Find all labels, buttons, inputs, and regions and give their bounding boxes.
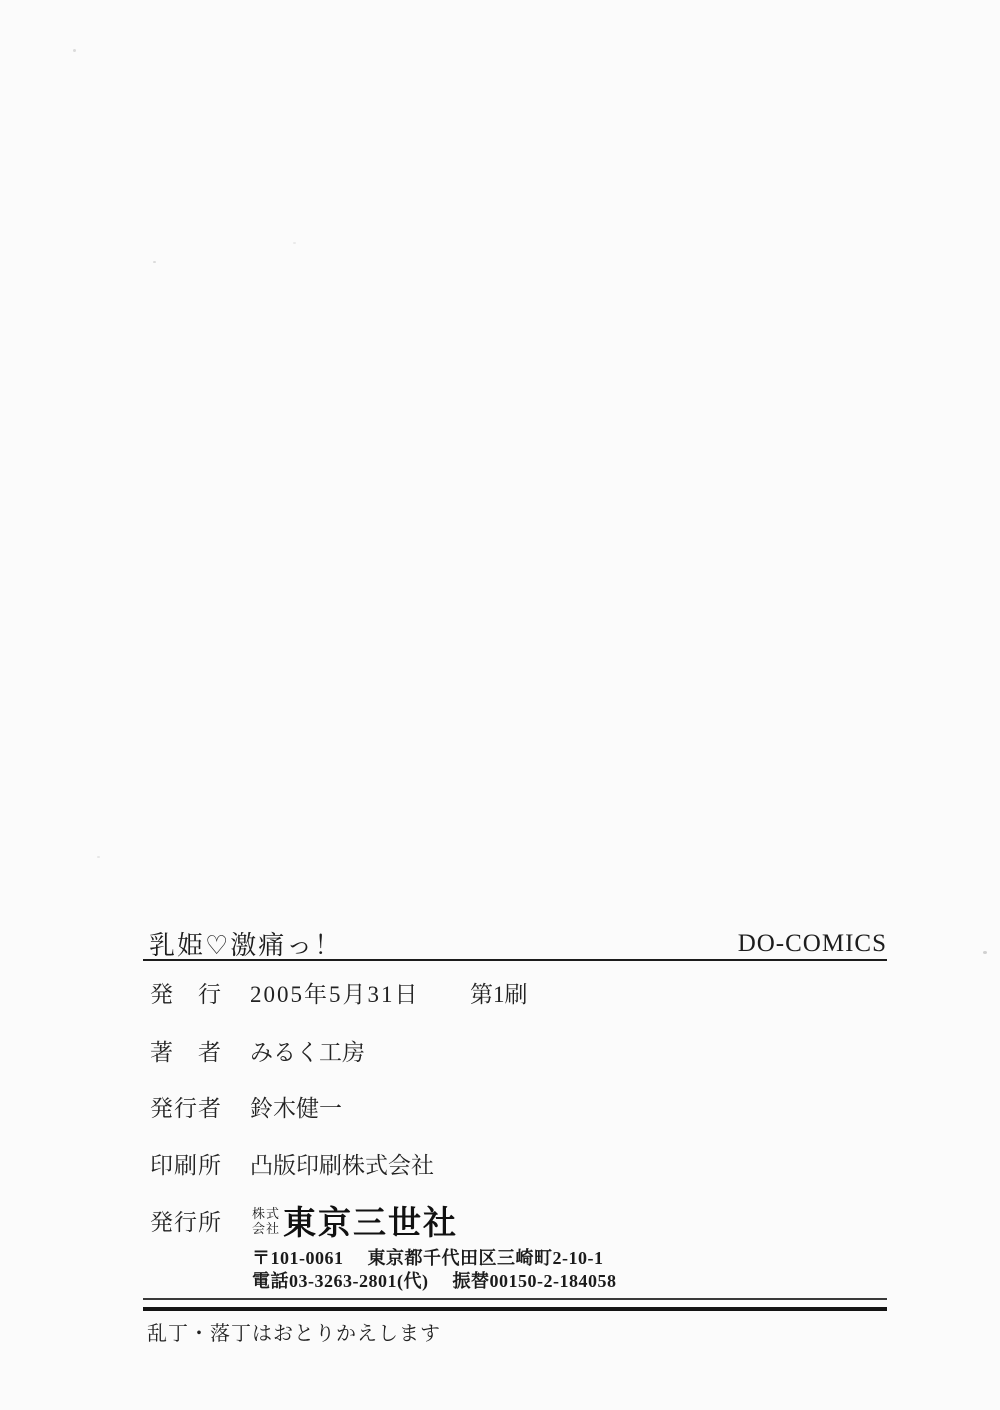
publisher-contact-line: 電話03-3263-2801(代)振替00150-2-184058 (252, 1267, 616, 1293)
postal-transfer: 振替00150-2-184058 (452, 1271, 616, 1291)
row-label: 印刷所 (150, 1147, 250, 1180)
phone-number: 電話03-3263-2801(代) (252, 1271, 428, 1291)
author-name: みるく工房 (250, 1040, 365, 1065)
colophon-row-publisher: 発行所 (150, 1204, 250, 1237)
publisher-block: 株式 会社 東京三世社 (252, 1197, 458, 1244)
bottom-rule-thick (143, 1307, 887, 1311)
dust-speck (293, 242, 296, 244)
company-type-stack: 株式 会社 (252, 1206, 280, 1236)
street-address: 東京都千代田区三崎町2-10-1 (368, 1248, 604, 1268)
imprint-brand: DO-COMICS (738, 930, 887, 958)
postal-code: 〒101-0061 (252, 1248, 344, 1268)
colophon-page: 乳姫♡激痛っ！ DO-COMICS 発 行2005年5月31日 第1刷 著 者み… (0, 0, 1000, 1410)
company-type-bottom: 会社 (252, 1221, 280, 1236)
company-type-top: 株式 (252, 1206, 280, 1221)
issuer-name: 鈴木健一 (250, 1096, 342, 1121)
edition-label: 第1刷 (470, 976, 528, 1009)
printer-name: 凸版印刷株式会社 (250, 1153, 434, 1178)
colophon-row-issue: 発 行2005年5月31日 第1刷 (150, 976, 420, 1009)
row-label: 発行者 (150, 1090, 250, 1123)
dust-speck (153, 261, 156, 263)
colophon-row-author: 著 者みるく工房 (150, 1034, 365, 1067)
dust-speck (73, 49, 76, 52)
issue-date: 2005年5月31日 (250, 976, 420, 1009)
dust-speck (983, 951, 987, 954)
header-rule (143, 959, 887, 961)
dust-speck (97, 856, 100, 858)
colophon-row-issuer: 発行者鈴木健一 (150, 1090, 342, 1123)
bottom-rule-thin (143, 1298, 887, 1300)
colophon-row-printer: 印刷所凸版印刷株式会社 (150, 1147, 434, 1180)
book-title: 乳姫♡激痛っ！ (149, 925, 342, 962)
defect-notice: 乱丁・落丁はおとりかえします (147, 1317, 441, 1346)
publisher-name: 東京三世社 (283, 1197, 458, 1244)
row-label: 発行所 (150, 1204, 250, 1237)
row-label: 発 行 (150, 976, 250, 1009)
row-label: 著 者 (150, 1034, 250, 1067)
